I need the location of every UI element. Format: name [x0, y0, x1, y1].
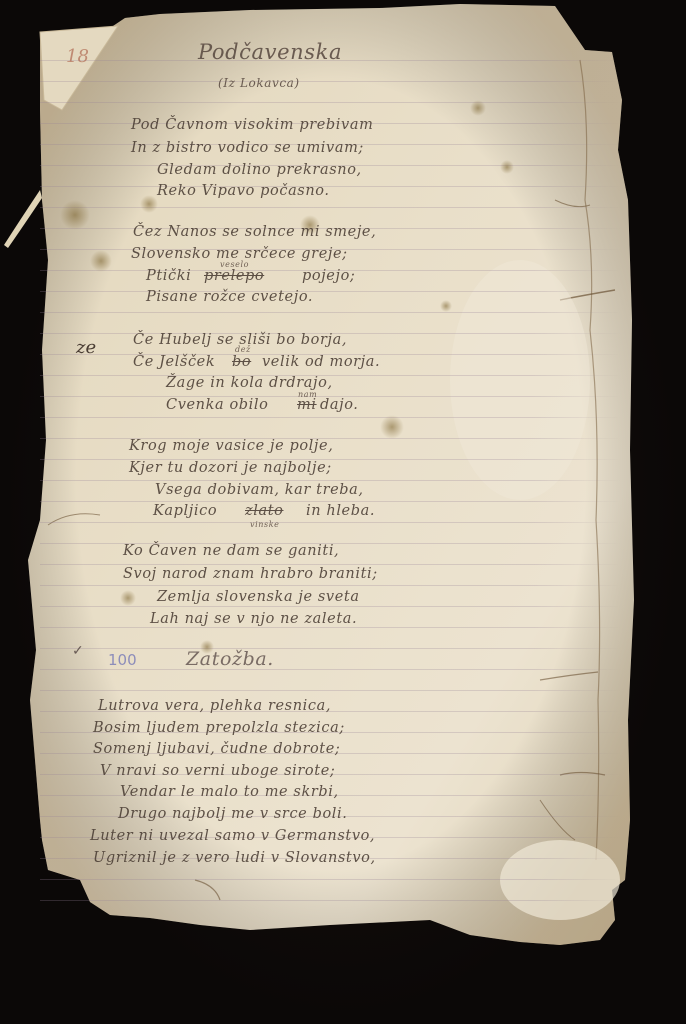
- verse-line: Če Jelšček: [133, 354, 215, 370]
- verse-line: Lutrova vera, plehka resnica,: [98, 698, 331, 714]
- verse-line: Zemlja slovenska je sveta: [157, 589, 360, 605]
- verse-line: Krog moje vasice je polje,: [129, 438, 333, 454]
- verse-line: V nravi so verni uboge sirote;: [100, 763, 335, 779]
- poem-number: 100: [108, 651, 137, 669]
- struck-word: bo: [232, 354, 251, 370]
- verse-line: Drugo najbolj me v srce boli.: [118, 806, 347, 822]
- verse-line: Gledam dolino prekrasno,: [157, 162, 362, 178]
- struck-word: zlato: [245, 503, 283, 519]
- verse-line: Kapljico: [153, 503, 217, 519]
- verse-line: Čez Nanos se solnce mi smeje,: [133, 224, 376, 240]
- verse-line: In z bistro vodico se umivam;: [131, 140, 364, 156]
- margin-note: ze: [76, 337, 96, 358]
- verse-line: Žage in kola drdrajo,: [166, 375, 333, 391]
- verse-line: Svoj narod znam hrabro braniti;: [123, 566, 378, 582]
- interlinear-correction: dež: [235, 345, 251, 354]
- verse-line: Lah naj se v njo ne zaleta.: [150, 611, 357, 627]
- struck-word: mi: [297, 397, 317, 413]
- poem-title: Zatožba.: [186, 648, 274, 670]
- verse-line: Ugriznil je z vero ludi v Slovanstvo,: [93, 850, 376, 866]
- verse-line: Kjer tu dozori je najbolje;: [129, 460, 332, 476]
- photo-background: 18 Podčavenska (Iz Lokavca) Pod Čavnom v…: [0, 0, 686, 1024]
- verse-line: Reko Vipavo počasno.: [157, 183, 330, 199]
- verse-line: velik od morja.: [262, 354, 380, 370]
- verse-line: dajo.: [320, 397, 359, 413]
- verse-line: in hleba.: [306, 503, 375, 519]
- poem-title: Podčavenska: [198, 40, 342, 64]
- poem-subtitle: (Iz Lokavca): [218, 76, 300, 90]
- verse-line: pojejo;: [302, 268, 355, 284]
- check-mark: ✓: [72, 643, 84, 660]
- verse-line: Vendar le malo to me skrbi,: [120, 784, 339, 800]
- verse-line: Pod Čavnom visokim prebivam: [131, 117, 373, 133]
- verse-line: Pisane rožce cvetejo.: [146, 289, 313, 305]
- verse-line: Ptički: [146, 268, 191, 284]
- interlinear-correction: vinske: [250, 520, 280, 529]
- struck-word: prelepo: [204, 268, 264, 284]
- verse-line: Cvenka obilo: [166, 397, 268, 413]
- verse-line: Somenj ljubavi, čudne dobrote;: [93, 741, 340, 757]
- verse-line: Luter ni uvezal samo v Germanstvo,: [90, 828, 375, 844]
- verse-line: Vsega dobivam, kar treba,: [155, 482, 364, 498]
- verse-line: Bosim ljudem prepolzla stezica;: [93, 720, 345, 736]
- page-number: 18: [66, 46, 89, 67]
- verse-line: Ko Čaven ne dam se ganiti,: [123, 543, 339, 559]
